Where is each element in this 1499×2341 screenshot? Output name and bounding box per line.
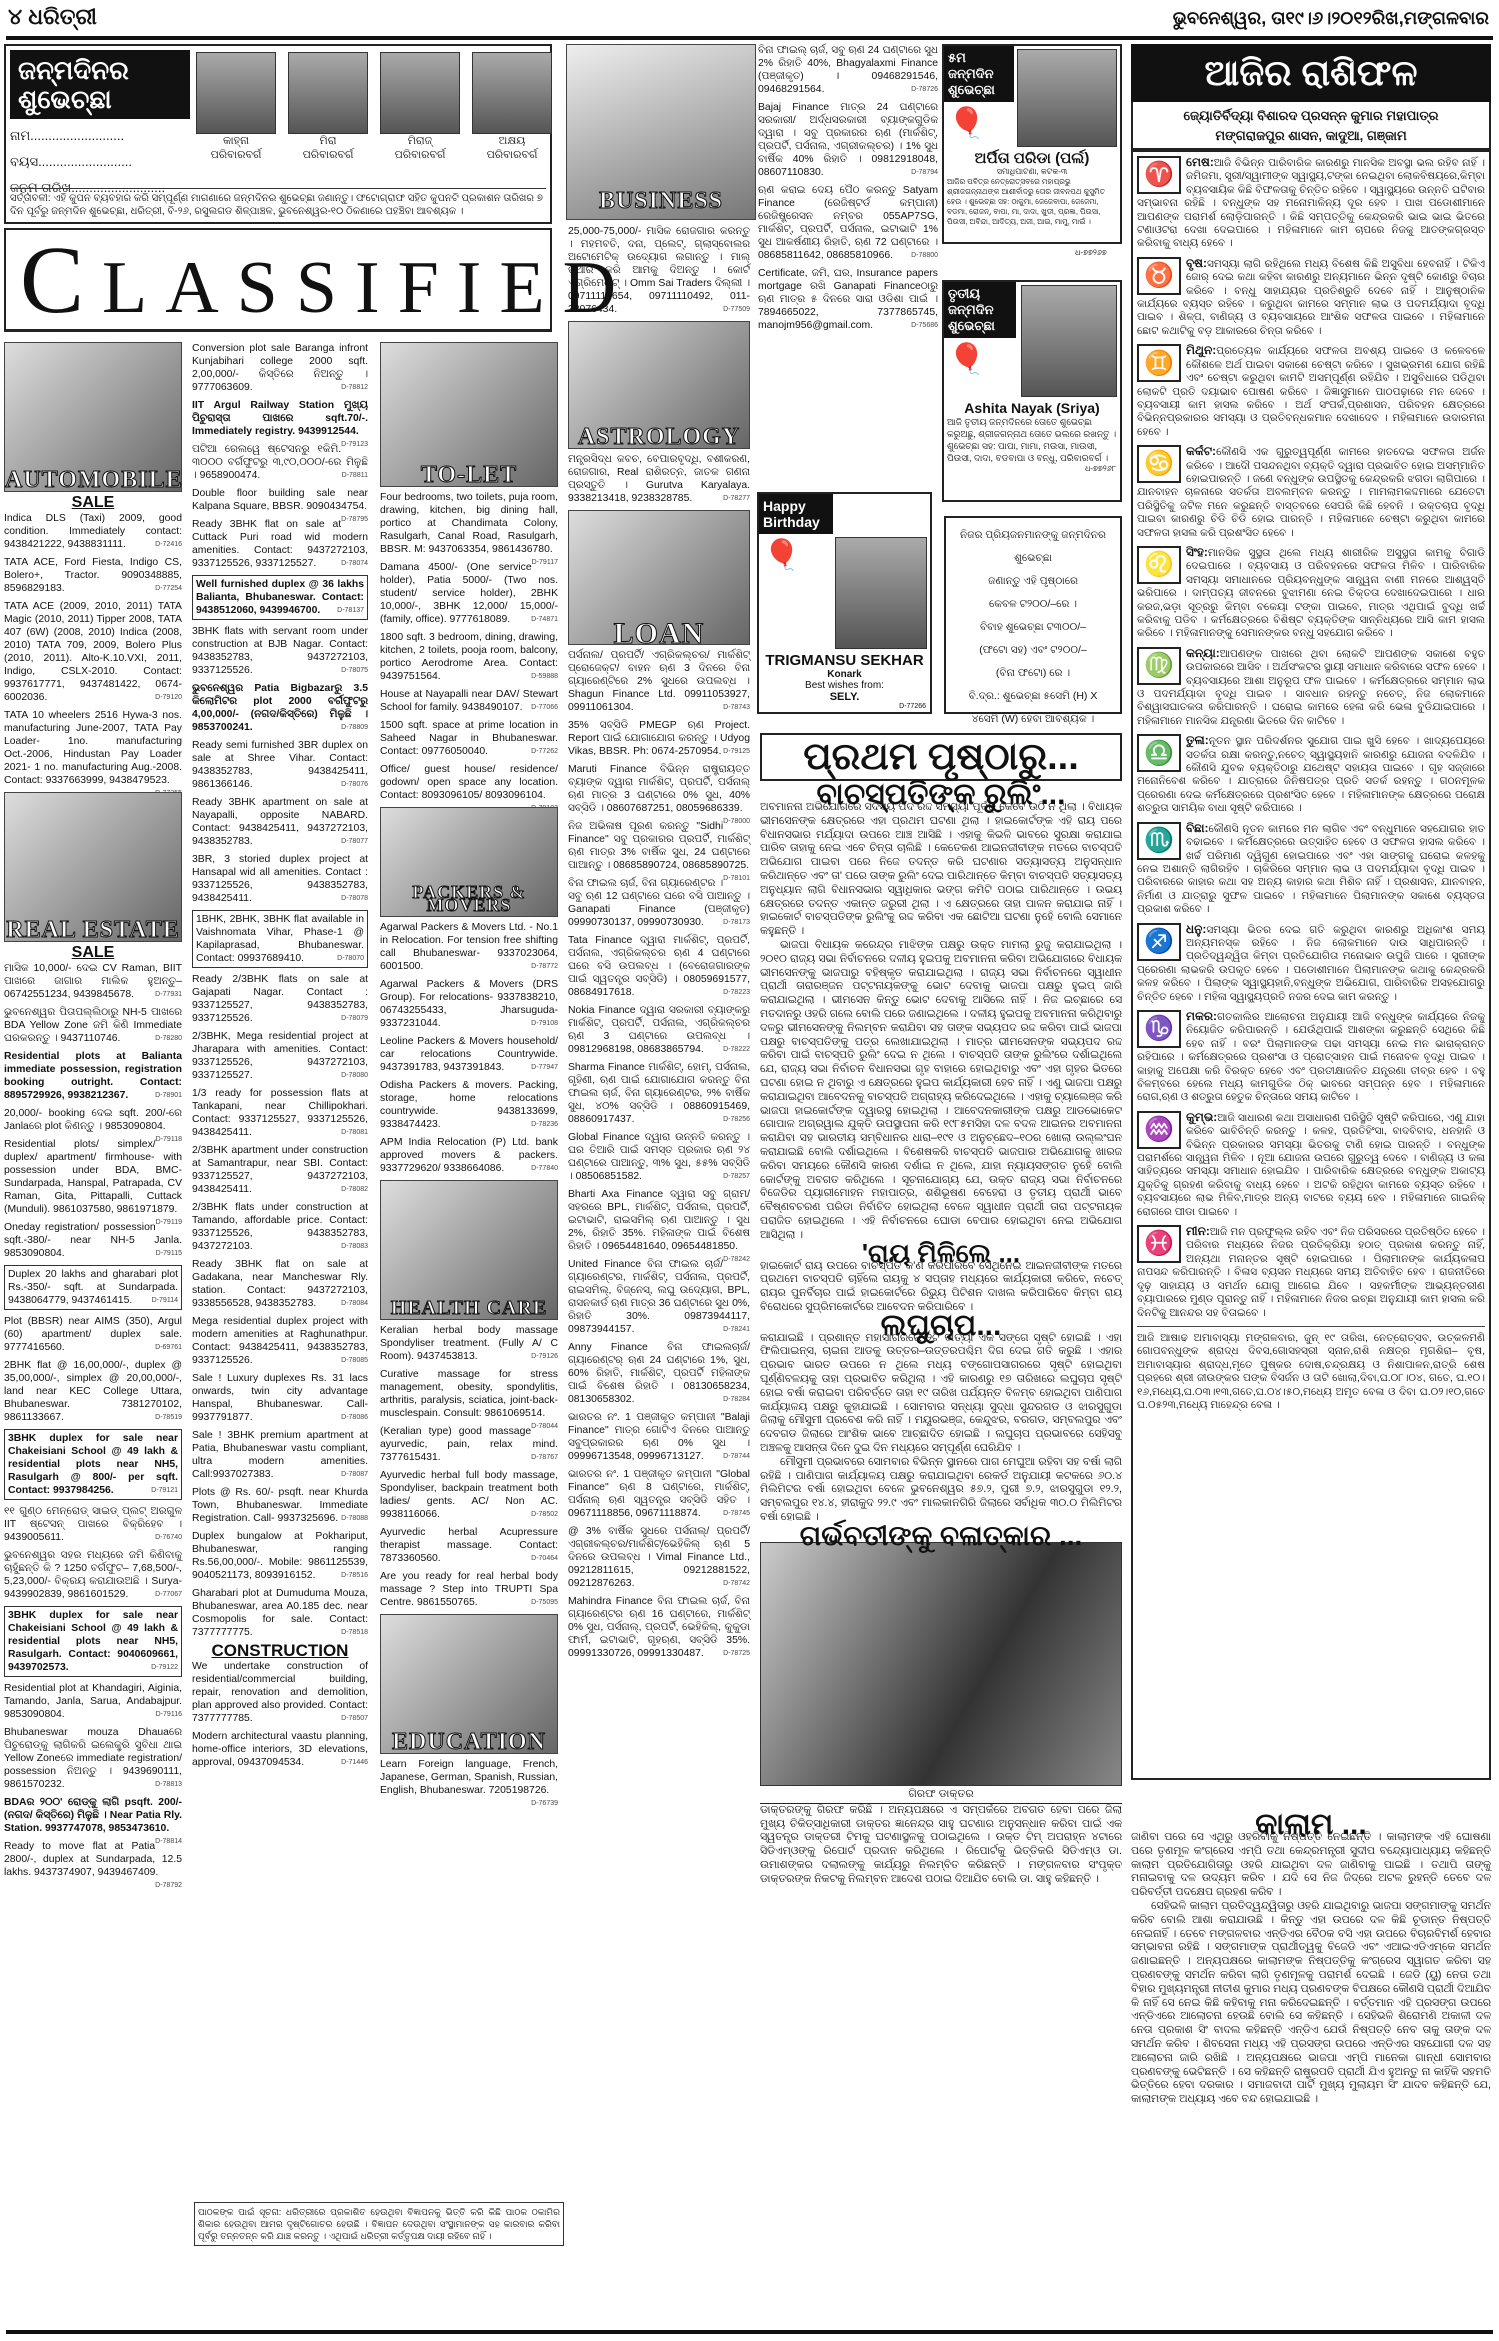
classified-banner: CLASSIFIED xyxy=(4,228,552,332)
classified-ad: Ayurvedic herbal full body massage, Spon… xyxy=(380,1469,558,1521)
zodiac-sign-entry: ♉ବୃଷ:ସମସ୍ୟା ଲାଗି ରହିଥିଲେ ମଧ୍ୟ ବିଶେଷ କିଛି… xyxy=(1137,257,1485,338)
zodiac-sign-entry: ♌ସିଂହ:ମାନସିକ ସୁସ୍ଥତା ଥିଲେ ମଧ୍ୟ ଶାରୀରିକ ଅ… xyxy=(1137,546,1485,641)
ad-code: D-78814 xyxy=(155,1835,182,1848)
ad-code: D-79126 xyxy=(531,1350,558,1363)
classified-ad: 20,000/- booking ଦେଇ sqft. 200/-ରେ Janla… xyxy=(4,1107,182,1133)
column-automobile-realestate: AUTOMOBILE SALE Indica DLS (Taxi) 2009, … xyxy=(4,342,182,1892)
ad-code: D-78076 xyxy=(341,778,368,791)
classified-ad: Ready semi furnished 3BR duplex on sale … xyxy=(192,739,368,791)
ad-code: D-78742 xyxy=(723,1577,750,1590)
zodiac-sign-entry: ♋କର୍କଟ:କୌଣସି ଏକ ଗୁରୁତ୍ୱପୂର୍ଣ୍ଣ କାମରେ ହାତ… xyxy=(1137,445,1485,540)
classified-ad: Office/ guest house/ residence/ godown/ … xyxy=(380,763,558,802)
ad-code: D-78241 xyxy=(723,1323,750,1336)
ad-code: D-78085 xyxy=(341,1354,368,1367)
birthday-coupon-title: ଜନ୍ମଦିନର ଶୁଭେଚ୍ଛା xyxy=(10,50,190,119)
classified-ad: Keralian herbal body massage Spondyliser… xyxy=(380,1324,558,1363)
classified-ad: Indica DLS (Taxi) 2009, good condition. … xyxy=(4,512,182,551)
photo-card: ମିରାଜ୍ପରିବାରବର୍ଗ xyxy=(380,52,460,162)
headline: 'ରାୟ ମିଳିଲେ ... xyxy=(760,1247,1122,1260)
ad-code: D-78280 xyxy=(155,1032,182,1045)
classified-ad: Modern architectural vaastu planning, ho… xyxy=(192,1730,368,1769)
classified-ad: 3BHK duplex for sale near Chakeisiani Sc… xyxy=(4,1606,182,1677)
zodiac-sign-entry: ♎ତୁଳା:ନୂତନ ସ୍ଥାନ ପରିଦର୍ଶନର ସୁଯୋଗ ପାଇ ଖୁସ… xyxy=(1137,734,1485,815)
classified-ad: ମନ୍ତ୍ରସିଦ୍ଧ କବଚ, ବେପାରବୃଦ୍ଧି, ବଶୀକରଣ, ରୋ… xyxy=(568,453,750,505)
ad-code: D-78507 xyxy=(341,1712,368,1725)
ad-code: D-78812 xyxy=(341,381,368,394)
classified-ad: Tata Finance ଦ୍ୱାରା ମାର୍କଶିଟ୍, ପ୍ରପର୍ଟି,… xyxy=(568,934,750,999)
classified-ad: IIT Argul Railway Station ମୁଖ୍ୟ ପିଚୁରାସ୍… xyxy=(192,399,368,438)
ad-code: D-78772 xyxy=(531,960,558,973)
ad-code: D-77509 xyxy=(723,303,750,316)
classified-ad: Odisha Packers & movers. Packing, storag… xyxy=(380,1079,558,1131)
classified-ad: 35% ସବ୍‌ସିଡି PMEGP ଋଣ Project. Report ପା… xyxy=(568,719,750,758)
ad-code: D-77947 xyxy=(531,1061,558,1074)
automobile-sale-heading: SALE xyxy=(4,496,182,509)
ad-code: D-78083 xyxy=(341,1240,368,1253)
ad-code: D-78081 xyxy=(341,1126,368,1139)
classified-ad: Anny Finance ବିନା ଫାଇଲଚାର୍ଜ/ ଗ୍ୟାରେଣ୍ଟର୍… xyxy=(568,1341,750,1406)
loan-image: LOAN xyxy=(568,510,750,645)
classified-ad: Double floor building sale near Kalpana … xyxy=(192,487,368,513)
ad-code: D-78743 xyxy=(723,701,750,714)
person-photo xyxy=(835,537,927,649)
ad-code: D-75686 xyxy=(911,319,938,332)
zodiac-icon: ♎ xyxy=(1137,734,1181,772)
classified-ad: ଭାରତର ନଂ. 1 ପଞ୍ଜୀକୃତ କମ୍ପାନୀ "Global Fin… xyxy=(568,1468,750,1520)
horoscope-author: ଜ୍ୟୋତିର୍ବିଦ୍ୟା ବିଶାରଦ ପ୍ରସନ୍ନ କୁମାର ମହାପ… xyxy=(1131,102,1491,150)
classified-ad: 1800 sqft. 3 bedroom, dining, drawing, k… xyxy=(380,631,558,683)
ad-code: D-78516 xyxy=(341,1569,368,1582)
classified-ad: ଋଣ କରାଇ ଦେୟ ପୈଠ କରନ୍ତୁ Satyam Finance (ର… xyxy=(758,184,938,262)
ad-code: D-79118 xyxy=(156,1133,182,1146)
ad-code: D-78502 xyxy=(531,1508,558,1521)
classified-ad: 2/3BHK, Mega residential project at Jhar… xyxy=(192,1030,368,1082)
classified-ad: Ayurvedic herbal Acupressure therapist m… xyxy=(380,1526,558,1565)
classified-ad: Learn Foreign language, French, Japanese… xyxy=(380,1758,558,1797)
classified-ad: Sale ! Luxury duplexes Rs. 31 lacs onwar… xyxy=(192,1372,368,1424)
top-rule xyxy=(6,36,1493,40)
astrology-image: ASTROLOGY xyxy=(568,321,750,449)
ad-code: D-78086 xyxy=(341,1411,368,1424)
headline: ଲଘୁଚାପ... xyxy=(760,1319,1122,1332)
packers-image: PACKERS & MOVERS xyxy=(380,807,558,917)
birthday-terms: ସର୍ତ୍ତାବଳୀ: ଏହି କୁପନ ବ୍ୟବହାର କରି ସମ୍ପୂର୍… xyxy=(10,188,546,218)
classified-ad: TATA 10 wheelers 2516 Hywa-3 nos. manufa… xyxy=(4,709,182,787)
column-finance-ads: ବିନା ଫାଇଲ୍ ଚାର୍ଜ, ସବୁ ଋଣ 24 ଘଣ୍ଟାରେ ସୁଧ … xyxy=(758,44,938,337)
classified-ad: APM India Relocation (P) Ltd. bank appro… xyxy=(380,1136,558,1175)
headline: ଗର୍ଭବତୀଙ୍କୁ ବଳାତ୍କାର ... xyxy=(760,1529,1122,1542)
classified-ad: 25,000-75,000/- ମାସିକ ରୋଜଗାର କରନ୍ତୁ । ମହ… xyxy=(568,225,750,316)
ad-code: D-78078 xyxy=(341,892,368,905)
photo-card: କାହ୍ନାପରିବାରବର୍ଗ xyxy=(196,52,276,162)
ad-code: D-78070 xyxy=(337,952,364,965)
construction-heading: CONSTRUCTION xyxy=(192,1644,368,1657)
classified-ad: Mega residential duplex project with mod… xyxy=(192,1315,368,1367)
classified-ad: Mahindra Finance ବିନା ଫାଇଲ ଚାର୍ଜ, ବିନା ଗ… xyxy=(568,1595,750,1660)
classified-ad: Plot (BBSR) near AIMS (350), Argul (60) … xyxy=(4,1315,182,1354)
person-photo xyxy=(380,52,460,134)
classified-ad: Ready 3BHK flat on sale at Gadakana, nea… xyxy=(192,1258,368,1310)
ad-code: D-78726 xyxy=(911,83,938,96)
classified-ad: ୧୧ ଗୁଣ୍ଠ ମେନ୍‌ରୋଡ୍ ସାଇଡ୍ ପ୍ଲଟ୍ ଅରଗୁଳ IIT… xyxy=(4,1505,182,1544)
ad-code: D-78794 xyxy=(911,166,938,179)
ad-code: D-78257 xyxy=(723,1170,750,1183)
classified-ad: Curative massage for stress management, … xyxy=(380,1368,558,1420)
classified-ad: Sharma Finance ମାର୍କଶିଟ୍, ହୋମ୍, ପର୍ସନାଲ,… xyxy=(568,1061,750,1126)
ad-code: D-79114 xyxy=(152,1294,178,1307)
ad-code: D-77262 xyxy=(531,745,558,758)
ad-code: D-76740 xyxy=(155,1531,182,1544)
classified-ad: Ready 2/3BHK flats on sale at Gajapati N… xyxy=(192,973,368,1025)
classified-ad: TATA ACE (2009, 2010, 2011) TATA Magic (… xyxy=(4,600,182,704)
classified-ad: 1500 sqft. space at prime location in Sa… xyxy=(380,719,558,758)
headline: ବାଚସ୍ପତିଙ୍କ ରୁଲିଂ... xyxy=(760,788,1122,801)
classified-ad: Residential plots/ simplex/ duplex/ apar… xyxy=(4,1138,182,1216)
classified-ad: Damana 4500/- (One service holder), Pati… xyxy=(380,561,558,626)
classified-ad: 2BHK flat @ 16,00,000/-, duplex @ 35,00,… xyxy=(4,1359,182,1424)
headline: କାଲାମ ... xyxy=(1131,1818,1491,1831)
birthday-coupon: ଜନ୍ମଦିନର ଶୁଭେଚ୍ଛା ନାମ...................… xyxy=(4,44,552,224)
ad-code: D-78792 xyxy=(155,1879,182,1892)
ad-code: D-78813 xyxy=(155,1778,182,1791)
zodiac-icon: ♌ xyxy=(1137,546,1181,584)
zodiac-sign-entry: ♏ବିଛା:କୌଣସି ନୂତନ କାମରେ ମନ ଲାଗିବ ଏବଂ ବନ୍ଧ… xyxy=(1137,822,1485,917)
child-photo xyxy=(196,52,276,134)
ad-code: D-78082 xyxy=(341,1183,368,1196)
classified-ad: BDAର ୨୦୦' ରୋଡ୍‌କୁ ଲାଗି psqft. 200/-(ନଗଦ/… xyxy=(4,1796,182,1835)
ad-code: D-79121 xyxy=(151,1484,178,1497)
classified-ad: Are you ready for real herbal body massa… xyxy=(380,1570,558,1609)
child-photo xyxy=(1017,49,1117,147)
classified-ad: Conversion plot sale Baranga infront Kun… xyxy=(192,342,368,394)
business-section-image: BUSINESS xyxy=(566,44,756,220)
realestate-sale-heading: SALE xyxy=(4,946,182,959)
classified-ad: Maruti Finance ବିଭିନ୍ନ ରାଷ୍ଟ୍ରାୟତ୍ତ ବ୍ୟା… xyxy=(568,763,750,815)
education-image: EDUCATION xyxy=(380,1614,558,1754)
wish-card-happy-birthday: Happy Birthday 🎈 TRIGMANSU SEKHAR Konark… xyxy=(757,492,932,714)
classified-ad: Duplex bungalow at Pokhariput, Bhubanesw… xyxy=(192,1530,368,1582)
ad-code: D-78101 xyxy=(723,872,750,885)
classified-ad: Gharabari plot at Dumuduma Mouza, Bhuban… xyxy=(192,1587,368,1639)
zodiac-icon: ♉ xyxy=(1137,257,1181,295)
classified-ad: ଭୁବନେଶ୍ୱର ସହର ମଧ୍ୟରେ ଜମି କିଣିବାକୁ ଚାହୁଁଛ… xyxy=(4,1549,182,1601)
classified-ad: Global Finance ଦ୍ୱାରା ଉନ୍ନତି କରନ୍ତୁ । ଘର… xyxy=(568,1131,750,1183)
zodiac-icon: ♑ xyxy=(1137,1010,1181,1048)
ad-code: D-78518 xyxy=(341,1626,368,1639)
news-column: ବାଚସ୍ପତିଙ୍କ ରୁଲିଂ... ଅବମାନନା ଅଭିଯୋଗରେ ସଦ… xyxy=(760,788,1122,1887)
ad-code: D-79123 xyxy=(341,438,368,451)
ad-code: D-78795 xyxy=(341,513,368,526)
classified-ad: 1/3 ready for possession flats at Tankap… xyxy=(192,1087,368,1139)
horoscope-body: ♈ମେଷ:ଆଜି ବିଭିନ୍ନ ପାରିବାରିକ କାରଣରୁ ମାନସିକ… xyxy=(1131,150,1491,1780)
zodiac-icon: ♓ xyxy=(1137,1225,1181,1263)
ad-code: D-78223 xyxy=(723,986,750,999)
ad-code: D-78800 xyxy=(911,249,938,262)
classified-ad: ନିଜ ଅଭିଳାଷ ପୂରଣ କରନ୍ତୁ "Sidhi Finance" ସ… xyxy=(568,820,750,872)
zodiac-sign-entry: ♊ମିଥୁନ:ପ୍ରତ୍ୟେକ କାର୍ଯ୍ୟରେ ସଫଳତା ଅବଶ୍ୟ ପା… xyxy=(1137,344,1485,439)
arrested-doctor-photo xyxy=(760,1542,1122,1786)
automobile-image: AUTOMOBILE xyxy=(4,342,182,492)
zodiac-icon: ♏ xyxy=(1137,822,1181,860)
classified-ad: @ 3% ବାର୍ଷିକ ସୁଧରେ ପର୍ସନାଲ୍/ ପ୍ରପର୍ଟି/ଏଗ… xyxy=(568,1525,750,1590)
ad-code: D-71446 xyxy=(341,1756,368,1769)
panjika: ଆଜି ଆଷାଢ ଅମାବାସ୍ୟା ମଙ୍ଗଳବାର, ଜୁନ୍ ୧୯ ତାର… xyxy=(1137,1326,1485,1412)
classified-ad: Sale ! 3BHK premium apartment at Patia, … xyxy=(192,1429,368,1481)
classified-ad: Agarwal Packers & Movers (DRS Group). Fo… xyxy=(380,978,558,1030)
column-business-astrology-loan: 25,000-75,000/- ମାସିକ ରୋଜଗାର କରନ୍ତୁ । ମହ… xyxy=(568,225,750,1665)
ad-code: D-78744 xyxy=(723,1450,750,1463)
classified-ad: ପର୍ସନାଲ/ ପ୍ରପର୍ଟି/ ଏଗ୍ରିକଲ୍ଚର/ ମାର୍କଶିଟ୍… xyxy=(568,649,750,714)
ad-code: D-79120 xyxy=(155,691,182,704)
bottom-rule xyxy=(6,2330,1493,2334)
classified-ad: Oneday registration/ possession sqft.-38… xyxy=(4,1221,182,1260)
zodiac-sign-entry: ♑ମକର:ଗତକାଲିର ଆଲୋଚନା ଅନୁଯାୟୀ ଆଜି ବନ୍ଧୁଙ୍କ… xyxy=(1137,1010,1485,1105)
person-photo xyxy=(472,52,552,134)
ad-code: D-79108 xyxy=(531,1017,558,1030)
classified-ad: Leoline Packers & Movers household/ car … xyxy=(380,1035,558,1074)
ad-code: D-78236 xyxy=(531,1118,558,1131)
classified-ad: Certificate, ଜମି, ଘର, Insurance papers m… xyxy=(758,267,938,332)
ad-code: D-78000 xyxy=(723,815,750,828)
classified-ad: 2/3BHK apartment under construction at S… xyxy=(192,1144,368,1196)
classified-ad: Bajaj Finance ମାତ୍ର 24 ଘଣ୍ଟାରେ ସରକାରୀ/ ଅ… xyxy=(758,101,938,179)
ad-code: D-70464 xyxy=(531,1552,558,1565)
classified-ad: ବିନା ଫାଇଲ ଚାର୍ଜ, ବିନା ଗ୍ୟାରେଣ୍ଟର । ସବୁ ଋ… xyxy=(568,877,750,929)
zodiac-icon: ♍ xyxy=(1137,647,1181,685)
classified-ad: Duplex 20 lakhs and gharabari plot Rs.-3… xyxy=(4,1265,182,1310)
zodiac-icon: ♊ xyxy=(1137,344,1181,382)
ad-code: D-77840 xyxy=(531,1162,558,1175)
ad-code: D-78077 xyxy=(341,835,368,848)
ad-code: D-78088 xyxy=(341,1512,368,1525)
ad-code: D-79115 xyxy=(156,1247,182,1260)
ad-code: D-79125 xyxy=(723,745,750,758)
zodiac-sign-entry: ♒କୁମ୍ଭ:ଆଜି ସାଧାରଣ କଥା ଅସାଧାରଣ ପରିସ୍ଥିତି … xyxy=(1137,1111,1485,1219)
classified-ad: 3BHK flats with servant room under const… xyxy=(192,625,368,677)
ad-code: D-78173 xyxy=(723,916,750,929)
ad-code: D-75095 xyxy=(531,1596,558,1609)
classified-ad: ଭୁବନେଶ୍ୱର ପିତାପଲ୍ଲିଠାରୁ NH-5 ପାଖରେ BDA Y… xyxy=(4,1006,182,1045)
ad-code: D-78725 xyxy=(723,1647,750,1660)
reader-notice: ପାଠକଙ୍କ ପାଇଁ ସୂଚନା: ଧରିତ୍ରୀରେ ପ୍ରକାଶିତ ହ… xyxy=(194,2202,564,2246)
photo-caption: ଗିରଫ ଡାକ୍ତର xyxy=(760,1786,1122,1804)
ad-code: D-78811 xyxy=(342,469,368,482)
tolet-image: TO-LET xyxy=(380,342,558,487)
ad-code: D-79117 xyxy=(532,556,558,569)
ad-code: D-78256 xyxy=(723,1113,750,1126)
zodiac-icon: ♈ xyxy=(1137,156,1181,194)
ad-code: D-78284 xyxy=(723,1393,750,1406)
ad-code: D-78222 xyxy=(723,1043,750,1056)
page-number: ୪ ଧରିତ୍ରୀ xyxy=(8,4,97,30)
classified-ad: Nokia Finance ଦ୍ୱାରା ସରକାରୀ ବ୍ୟାଙ୍କରୁ ମା… xyxy=(568,1004,750,1056)
dateline: ଭୁବନେଶ୍ୱର, ତା୧୯।୬।୨୦୧୨ରିଖ,ମଙ୍ଗଳବାର xyxy=(1173,8,1489,29)
ad-code: D-78519 xyxy=(155,1411,182,1424)
ad-code: D-77066 xyxy=(531,701,558,714)
ad-code: D-78079 xyxy=(341,1012,368,1025)
ad-code: D-78080 xyxy=(341,1069,368,1082)
health-image: HEALTH CARE xyxy=(380,1180,558,1320)
classified-ad: United Finance ବିନା ଫାଇଲ ଚାର୍ଜ/ ଗ୍ୟାରେଣ୍… xyxy=(568,1258,750,1336)
ad-code: D-78809 xyxy=(341,721,368,734)
classified-ad: 3BHK duplex for sale near Chakeisiani Sc… xyxy=(4,1429,182,1500)
birthday-photos: କାହ୍ନାପରିବାରବର୍ଗ ମିରାପରିବାରବର୍ଗ ମିରାଜ୍ପର… xyxy=(196,52,552,162)
ad-code: D-79122 xyxy=(151,1661,178,1674)
ad-code: D-78242 xyxy=(723,1253,750,1266)
zodiac-sign-entry: ♐ଧନୁ:ସମସ୍ୟା ଭିତର ଦେଇ ଗତି କରୁଥିବା କାରଣରୁ … xyxy=(1137,923,1485,1004)
ad-code: D-79119 xyxy=(156,1216,182,1229)
classified-ad: Agarwal Packers & Movers Ltd. - No.1 in … xyxy=(380,921,558,973)
ad-code: D-78745 xyxy=(723,1507,750,1520)
ad-code: D-76739 xyxy=(531,1797,558,1810)
wish-card-5th-birthday: ୫ମ ଜନ୍ମଦିନ ଶୁଭେଚ୍ଛା 🎈 ଅର୍ପିତା ପରିଡା (ପର୍… xyxy=(942,44,1122,244)
birthday-rates-box: ନିଜର ପ୍ରିୟଜନମାନଙ୍କୁ ଜନ୍ମଦିନର ଶୁଭେଚ୍ଛାଜଣା… xyxy=(944,516,1122,714)
zodiac-icon: ♒ xyxy=(1137,1111,1181,1149)
horoscope-title: ଆଜିର ରାଶିଫଳ xyxy=(1131,44,1491,102)
ad-code: D-78767 xyxy=(531,1451,558,1464)
classified-ad: Bharti Axa Finance ଦ୍ୱାରା ସବୁ ଗ୍ରାମ/ ସହର… xyxy=(568,1188,750,1253)
ad-code: D-77067 xyxy=(155,1588,182,1601)
ad-code: D-77931 xyxy=(155,988,182,1001)
classified-ad: 1BHK, 2BHK, 3BHK flat available in Vaish… xyxy=(192,910,368,968)
zodiac-sign-entry: ♓ମୀନ:ଆଜି ମନ ପ୍ରଫୁଲ୍ଲ ରହିବ ଏବଂ ନିଜ ପରିସରର… xyxy=(1137,1225,1485,1320)
ad-code: D-74871 xyxy=(531,613,558,626)
ad-code: D-78087 xyxy=(341,1468,368,1481)
photo-card: ମିରାପରିବାରବର୍ଗ xyxy=(288,52,368,162)
classified-ad: House at Nayapalli near DAV/ Stewart Sch… xyxy=(380,688,558,714)
column-realestate-2: Conversion plot sale Baranga infront Kun… xyxy=(192,342,368,1774)
photo-card: ଅକ୍ଷୟପରିବାରବର୍ଗ xyxy=(472,52,552,162)
ad-code: D-78277 xyxy=(723,492,750,505)
child-photo xyxy=(288,52,368,134)
from-front-page-banner: ପ୍ରଥମ ପୃଷ୍ଠାରୁ... xyxy=(760,733,1122,781)
column-tolet-packers-health: TO-LET Four bedrooms, two toilets, puja … xyxy=(380,342,558,1810)
child-photo xyxy=(1021,285,1117,397)
ad-code: D-78044 xyxy=(531,1420,558,1433)
classified-ad: 3BR, 3 storied duplex project at Hansapa… xyxy=(192,853,368,905)
ad-code: D-79116 xyxy=(156,1708,182,1721)
classified-ad: 2/3BHK flats under construction at Taman… xyxy=(192,1201,368,1253)
ad-code: D-77254 xyxy=(155,582,182,595)
ad-code: D-78074 xyxy=(341,557,368,570)
classified-ad: ଭାରତର ନଂ. 1 ପଞ୍ଜୀକୃତ କମ୍ପାନୀ "Balaji Fin… xyxy=(568,1411,750,1463)
zodiac-icon: ♐ xyxy=(1137,923,1181,961)
classified-ad: ମାସିକ 10,000/- ଦେଇ CV Raman, BIIT ପାଖରେ … xyxy=(4,962,182,1001)
classified-ad: TATA ACE, Ford Fiesta, Indigo CS, Bolero… xyxy=(4,556,182,595)
classified-ad: Residential plot at Khandagiri, Aiginia,… xyxy=(4,1682,182,1721)
ad-code: D-78901 xyxy=(155,1089,182,1102)
ad-code: D-59888 xyxy=(531,670,558,683)
classified-ad: ବିନା ଫାଇଲ୍ ଚାର୍ଜ, ସବୁ ଋଣ 24 ଘଣ୍ଟାରେ ସୁଧ … xyxy=(758,44,938,96)
classified-ad: Ready 3BHK apartment on sale at Nayapall… xyxy=(192,796,368,848)
zodiac-sign-entry: ♍କନ୍ୟା:ଆପଣଙ୍କ ପାଖରେ ଥିବା ଲୋକଟି ଆପଣଙ୍କ ସକ… xyxy=(1137,647,1485,728)
realestate-image: REAL ESTATE xyxy=(4,792,182,942)
ad-code: D-78075 xyxy=(341,664,368,677)
ad-code: D-78084 xyxy=(341,1297,368,1310)
classified-ad: We undertake construction of residential… xyxy=(192,1660,368,1725)
classified-ad: Four bedrooms, two toilets, puja room, d… xyxy=(380,491,558,556)
classified-ad: Well furnished duplex @ 36 lakhs Baliant… xyxy=(192,575,368,620)
classified-ad: ଭୁବନେଶ୍ୱର Patia Bigbazarରୁ 3.5 କିଲୋମିଟର … xyxy=(192,682,368,734)
wish-card-3rd-birthday: ତୃତୀୟ ଜନ୍ମଦିନ ଶୁଭେଚ୍ଛା 🎈 Ashita Nayak (S… xyxy=(942,280,1122,502)
classified-ad: Bhubaneswar mouza Dhauaରେ ପିଚୁରୋଡ୍‌କୁ ଲା… xyxy=(4,1726,182,1791)
ad-code: D-72416 xyxy=(155,538,182,551)
ad-code: D-69761 xyxy=(155,1341,182,1354)
ad-code: D-78137 xyxy=(337,604,364,617)
zodiac-sign-entry: ♈ମେଷ:ଆଜି ବିଭିନ୍ନ ପାରିବାରିକ କାରଣରୁ ମାନସିକ… xyxy=(1137,156,1485,251)
classified-ad: Residential plots at Balianta immediate … xyxy=(4,1050,182,1102)
classified-ad: Plots @ Rs. 60/- psqft. near Khurda Town… xyxy=(192,1486,368,1525)
kalam-story: କାଲାମ ... ଜାଣିବା ପରେ ସେ ଏଥିରୁ ଓହରିବାକୁ ନ… xyxy=(1131,1818,1491,2107)
zodiac-icon: ♋ xyxy=(1137,445,1181,483)
